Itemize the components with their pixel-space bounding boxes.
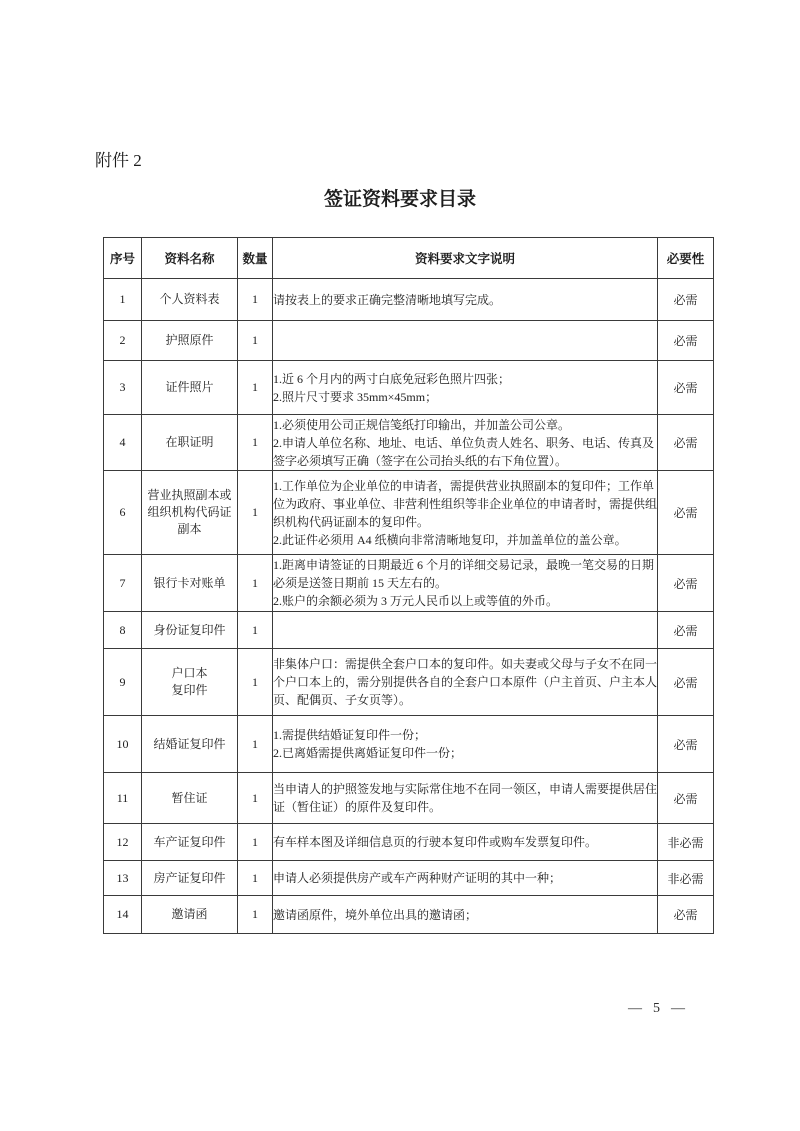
serial-cell: 3 bbox=[104, 361, 142, 415]
description-cell bbox=[273, 321, 658, 361]
necessity-cell: 必需 bbox=[658, 321, 714, 361]
quantity-cell: 1 bbox=[238, 612, 273, 649]
table-row: 10 结婚证复印件 1 1.需提供结婚证复印件一份； 2.已离婚需提供离婚证复印… bbox=[104, 716, 714, 773]
quantity-cell: 1 bbox=[238, 361, 273, 415]
name-cell: 房产证复印件 bbox=[142, 861, 238, 896]
description-cell: 1.必须使用公司正规信笺纸打印输出，并加盖公司公章。 2.申请人单位名称、地址、… bbox=[273, 415, 658, 471]
quantity-cell: 1 bbox=[238, 861, 273, 896]
necessity-cell: 非必需 bbox=[658, 861, 714, 896]
serial-cell: 2 bbox=[104, 321, 142, 361]
quantity-cell: 1 bbox=[238, 649, 273, 716]
serial-cell: 1 bbox=[104, 279, 142, 321]
table-row: 4 在职证明 1 1.必须使用公司正规信笺纸打印输出，并加盖公司公章。 2.申请… bbox=[104, 415, 714, 471]
quantity-cell: 1 bbox=[238, 773, 273, 824]
serial-cell: 9 bbox=[104, 649, 142, 716]
name-cell: 在职证明 bbox=[142, 415, 238, 471]
description-cell: 1.工作单位为企业单位的申请者，需提供营业执照副本的复印件；工作单位为政府、事业… bbox=[273, 471, 658, 555]
description-cell: 当申请人的护照签发地与实际常住地不在同一领区，申请人需要提供居住证（暂住证）的原… bbox=[273, 773, 658, 824]
footer-dash-right: — bbox=[671, 1001, 685, 1016]
necessity-cell: 非必需 bbox=[658, 824, 714, 861]
name-cell: 车产证复印件 bbox=[142, 824, 238, 861]
name-cell: 暂住证 bbox=[142, 773, 238, 824]
table-row: 14 邀请函 1 邀请函原件，境外单位出具的邀请函； 必需 bbox=[104, 896, 714, 934]
serial-cell: 7 bbox=[104, 555, 142, 612]
table-row: 13 房产证复印件 1 申请人必须提供房产或车产两种财产证明的其中一种； 非必需 bbox=[104, 861, 714, 896]
necessity-cell: 必需 bbox=[658, 612, 714, 649]
necessity-cell: 必需 bbox=[658, 279, 714, 321]
serial-cell: 10 bbox=[104, 716, 142, 773]
name-cell: 护照原件 bbox=[142, 321, 238, 361]
column-header-quantity: 数量 bbox=[238, 238, 273, 279]
footer-dash-left: — bbox=[628, 1001, 642, 1016]
name-cell: 证件照片 bbox=[142, 361, 238, 415]
table-row: 6 营业执照副本或 组织机构代码证 副本 1 1.工作单位为企业单位的申请者，需… bbox=[104, 471, 714, 555]
column-header-necessity: 必要性 bbox=[658, 238, 714, 279]
table-row: 3 证件照片 1 1.近 6 个月内的两寸白底免冠彩色照片四张； 2.照片尺寸要… bbox=[104, 361, 714, 415]
column-header-description: 资料要求文字说明 bbox=[273, 238, 658, 279]
name-cell: 邀请函 bbox=[142, 896, 238, 934]
table-header-row: 序号 资料名称 数量 资料要求文字说明 必要性 bbox=[104, 238, 714, 279]
page-footer: —5— bbox=[628, 1001, 685, 1017]
necessity-cell: 必需 bbox=[658, 716, 714, 773]
necessity-cell: 必需 bbox=[658, 415, 714, 471]
page-number: 5 bbox=[653, 1001, 660, 1016]
necessity-cell: 必需 bbox=[658, 555, 714, 612]
necessity-cell: 必需 bbox=[658, 471, 714, 555]
attachment-label: 附件 2 bbox=[95, 146, 142, 171]
necessity-cell: 必需 bbox=[658, 773, 714, 824]
name-cell: 银行卡对账单 bbox=[142, 555, 238, 612]
description-cell: 1.近 6 个月内的两寸白底免冠彩色照片四张； 2.照片尺寸要求 35mm×45… bbox=[273, 361, 658, 415]
description-cell: 申请人必须提供房产或车产两种财产证明的其中一种； bbox=[273, 861, 658, 896]
table-row: 9 户口本 复印件 1 非集体户口：需提供全套户口本的复印件。如夫妻或父母与子女… bbox=[104, 649, 714, 716]
table-row: 11 暂住证 1 当申请人的护照签发地与实际常住地不在同一领区，申请人需要提供居… bbox=[104, 773, 714, 824]
quantity-cell: 1 bbox=[238, 896, 273, 934]
table-row: 12 车产证复印件 1 有车样本图及详细信息页的行驶本复印件或购车发票复印件。 … bbox=[104, 824, 714, 861]
quantity-cell: 1 bbox=[238, 471, 273, 555]
serial-cell: 4 bbox=[104, 415, 142, 471]
description-cell bbox=[273, 612, 658, 649]
description-cell: 1.距离申请签证的日期最近 6 个月的详细交易记录，最晚一笔交易的日期必须是送签… bbox=[273, 555, 658, 612]
quantity-cell: 1 bbox=[238, 415, 273, 471]
serial-cell: 11 bbox=[104, 773, 142, 824]
serial-cell: 13 bbox=[104, 861, 142, 896]
requirements-table: 序号 资料名称 数量 资料要求文字说明 必要性 1 个人资料表 1 请按表上的要… bbox=[103, 237, 714, 934]
necessity-cell: 必需 bbox=[658, 649, 714, 716]
description-cell: 请按表上的要求正确完整清晰地填写完成。 bbox=[273, 279, 658, 321]
name-cell: 结婚证复印件 bbox=[142, 716, 238, 773]
serial-cell: 8 bbox=[104, 612, 142, 649]
serial-cell: 6 bbox=[104, 471, 142, 555]
table-row: 8 身份证复印件 1 必需 bbox=[104, 612, 714, 649]
table-body: 1 个人资料表 1 请按表上的要求正确完整清晰地填写完成。 必需 2 护照原件 … bbox=[104, 279, 714, 934]
name-cell: 身份证复印件 bbox=[142, 612, 238, 649]
column-header-serial: 序号 bbox=[104, 238, 142, 279]
column-header-name: 资料名称 bbox=[142, 238, 238, 279]
name-cell: 营业执照副本或 组织机构代码证 副本 bbox=[142, 471, 238, 555]
quantity-cell: 1 bbox=[238, 824, 273, 861]
quantity-cell: 1 bbox=[238, 321, 273, 361]
document-page: 附件 2 签证资料要求目录 序号 资料名称 数量 资料要求文字说明 必要性 1 … bbox=[0, 0, 800, 1131]
necessity-cell: 必需 bbox=[658, 361, 714, 415]
quantity-cell: 1 bbox=[238, 555, 273, 612]
name-cell: 个人资料表 bbox=[142, 279, 238, 321]
description-cell: 邀请函原件，境外单位出具的邀请函； bbox=[273, 896, 658, 934]
necessity-cell: 必需 bbox=[658, 896, 714, 934]
serial-cell: 14 bbox=[104, 896, 142, 934]
document-title: 签证资料要求目录 bbox=[0, 184, 800, 211]
table-row: 7 银行卡对账单 1 1.距离申请签证的日期最近 6 个月的详细交易记录，最晚一… bbox=[104, 555, 714, 612]
description-cell: 有车样本图及详细信息页的行驶本复印件或购车发票复印件。 bbox=[273, 824, 658, 861]
description-cell: 1.需提供结婚证复印件一份； 2.已离婚需提供离婚证复印件一份； bbox=[273, 716, 658, 773]
quantity-cell: 1 bbox=[238, 716, 273, 773]
quantity-cell: 1 bbox=[238, 279, 273, 321]
table-row: 1 个人资料表 1 请按表上的要求正确完整清晰地填写完成。 必需 bbox=[104, 279, 714, 321]
name-cell: 户口本 复印件 bbox=[142, 649, 238, 716]
description-cell: 非集体户口：需提供全套户口本的复印件。如夫妻或父母与子女不在同一个户口本上的，需… bbox=[273, 649, 658, 716]
table-row: 2 护照原件 1 必需 bbox=[104, 321, 714, 361]
serial-cell: 12 bbox=[104, 824, 142, 861]
